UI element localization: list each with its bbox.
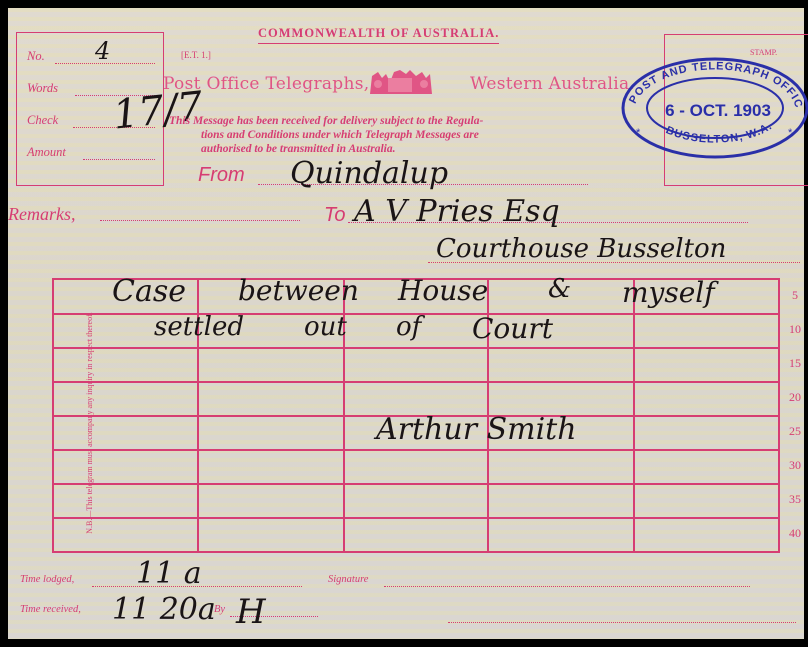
message-word: Case bbox=[112, 274, 186, 309]
word-count-marker: 10 bbox=[784, 322, 806, 337]
svg-text:BUSSELTON, W.A.: BUSSELTON, W.A. bbox=[664, 120, 775, 146]
to-label: To bbox=[324, 204, 346, 227]
time-lodged-label: Time lodged, bbox=[20, 574, 74, 585]
message-word: House bbox=[398, 274, 488, 307]
remarks-label: Remarks, bbox=[8, 204, 75, 225]
no-value: 4 bbox=[95, 37, 110, 65]
message-word: Court bbox=[472, 312, 553, 345]
row-divider bbox=[54, 381, 778, 383]
amount-line bbox=[83, 159, 155, 160]
time-received-value: 11 20a bbox=[112, 592, 216, 627]
svg-text:6 - OCT. 1903: 6 - OCT. 1903 bbox=[665, 101, 771, 120]
message-word: myself bbox=[622, 276, 715, 309]
check-label: Check bbox=[27, 113, 58, 128]
svg-text:*: * bbox=[636, 127, 641, 139]
word-count-marker: 20 bbox=[784, 390, 806, 405]
row-divider bbox=[54, 483, 778, 485]
message-word: between bbox=[238, 274, 359, 307]
to-value-name: A V Pries Esq bbox=[354, 194, 560, 229]
amount-label: Amount bbox=[27, 145, 66, 160]
sender-signature: Arthur Smith bbox=[376, 412, 577, 447]
words-label: Words bbox=[27, 81, 58, 96]
heading-western-australia: Western Australia. bbox=[470, 74, 635, 94]
notice-line-1: This Message has been received for deliv… bbox=[169, 114, 483, 128]
message-word: settled bbox=[154, 312, 244, 342]
row-divider bbox=[54, 347, 778, 349]
by-label: By bbox=[214, 604, 225, 615]
postmark-oval-icon: POST AND TELEGRAPH OFFICE BUSSELTON, W.A… bbox=[620, 56, 808, 160]
postmark: POST AND TELEGRAPH OFFICE BUSSELTON, W.A… bbox=[620, 56, 808, 160]
message-word: out bbox=[304, 312, 347, 342]
word-count-marker: 35 bbox=[784, 492, 806, 507]
from-value: Quindalup bbox=[290, 156, 448, 191]
by-value: H bbox=[236, 592, 266, 632]
heading-post-office: Post Office Telegraphs, bbox=[163, 74, 369, 94]
word-count-marker: 30 bbox=[784, 458, 806, 473]
time-received-label: Time received, bbox=[20, 604, 81, 615]
signature-label: Signature bbox=[328, 574, 368, 585]
telegram-form: COMMONWEALTH OF AUSTRALIA. No. 4 Words C… bbox=[8, 8, 804, 639]
row-divider bbox=[54, 517, 778, 519]
signature-line bbox=[384, 586, 750, 587]
message-word: of bbox=[396, 312, 421, 342]
header-title: COMMONWEALTH OF AUSTRALIA. bbox=[258, 26, 499, 44]
word-count-marker: 15 bbox=[784, 356, 806, 371]
no-label: No. bbox=[27, 49, 45, 64]
remarks-line bbox=[100, 220, 300, 221]
notice-line-2: tions and Conditions under which Telegra… bbox=[169, 128, 483, 142]
time-lodged-value: 11 a bbox=[136, 556, 202, 591]
by-line-right bbox=[448, 622, 796, 623]
delivery-notice: This Message has been received for deliv… bbox=[169, 114, 483, 156]
to-value-address: Courthouse Busselton bbox=[436, 234, 726, 264]
coat-of-arms-icon bbox=[366, 68, 436, 96]
word-count-marker: 40 bbox=[784, 526, 806, 541]
message-word: & bbox=[548, 274, 571, 304]
from-label: From bbox=[198, 164, 245, 187]
svg-text:*: * bbox=[788, 127, 793, 139]
notice-line-3: authorised to be transmitted in Australi… bbox=[169, 142, 483, 156]
word-count-marker: 25 bbox=[784, 424, 806, 439]
word-count-marker: 5 bbox=[784, 288, 806, 303]
form-code: [E.T. 1.] bbox=[181, 50, 211, 60]
row-divider bbox=[54, 449, 778, 451]
